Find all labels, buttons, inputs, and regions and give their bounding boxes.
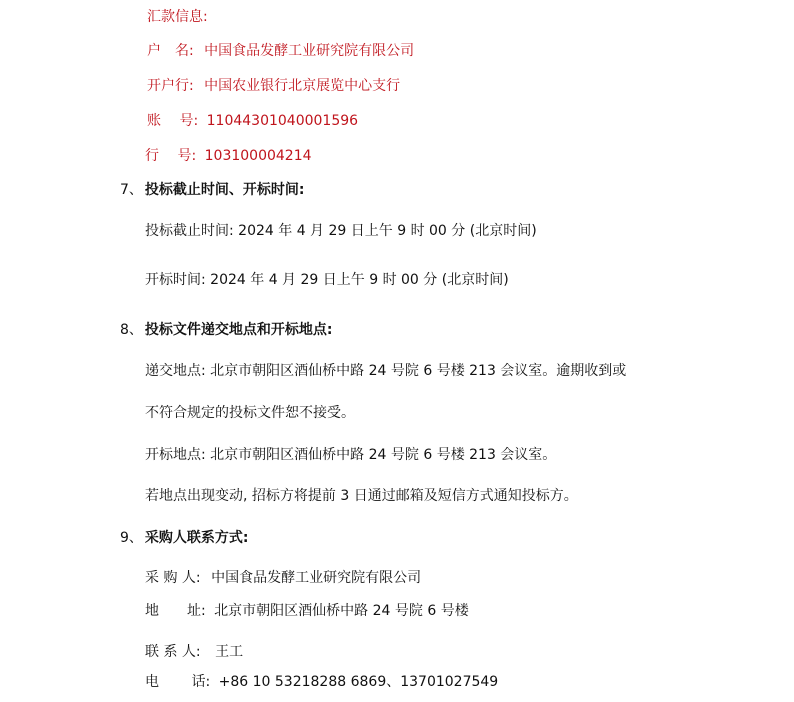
section-title: 采购人联系方式: <box>145 530 249 546</box>
section-8-heading: 8、投标文件递交地点和开标地点: <box>120 321 333 339</box>
address-label: 地 址: <box>145 603 206 619</box>
purchaser-label: 采 购 人: <box>145 570 201 586</box>
remittance-heading: 汇款信息: <box>147 8 208 26</box>
purchaser-row: 采 购 人: 中国食品发酵工业研究院有限公司 <box>145 569 421 587</box>
section-number: 9、 <box>120 530 143 546</box>
bank-label: 开户行: <box>147 78 194 94</box>
location-change-notice: 若地点出现变动, 招标方将提前 3 日通过邮箱及短信方式通知投标方。 <box>145 487 578 505</box>
phone-label: 电 话: <box>145 674 210 690</box>
bank-number-row: 行 号: 103100004214 <box>145 147 312 165</box>
bid-deadline-line: 投标截止时间: 2024 年 4 月 29 日上午 9 时 00 分 (北京时间… <box>145 222 537 240</box>
account-name-row: 户 名: 中国食品发酵工业研究院有限公司 <box>147 42 414 60</box>
section-number: 8、 <box>120 322 143 338</box>
section-title: 投标文件递交地点和开标地点: <box>145 322 333 338</box>
purchaser-value: 中国食品发酵工业研究院有限公司 <box>211 570 421 586</box>
bank-value: 中国农业银行北京展览中心支行 <box>204 78 400 94</box>
account-name-value: 中国食品发酵工业研究院有限公司 <box>204 43 414 59</box>
address-row: 地 址: 北京市朝阳区酒仙桥中路 24 号院 6 号楼 <box>145 602 469 620</box>
contact-person-row: 联 系 人: 王工 <box>145 643 243 661</box>
bank-number-label: 行 号: <box>145 148 196 164</box>
bank-row: 开户行: 中国农业银行北京展览中心支行 <box>147 77 400 95</box>
account-number-value: 11044301040001596 <box>207 113 358 129</box>
submission-location-continued: 不符合规定的投标文件恕不接受。 <box>145 404 355 422</box>
phone-value: +86 10 53218288 6869、13701027549 <box>219 674 499 690</box>
section-number: 7、 <box>120 182 143 198</box>
phone-row: 电 话: +86 10 53218288 6869、13701027549 <box>145 673 498 691</box>
account-number-row: 账 号: 11044301040001596 <box>147 112 358 130</box>
contact-person-label: 联 系 人: <box>145 644 201 660</box>
opening-location-line: 开标地点: 北京市朝阳区酒仙桥中路 24 号院 6 号楼 213 会议室。 <box>145 446 556 464</box>
bank-number-value: 103100004214 <box>205 148 312 164</box>
account-name-label: 户 名: <box>147 43 194 59</box>
section-9-heading: 9、采购人联系方式: <box>120 529 249 547</box>
account-number-label: 账 号: <box>147 113 198 129</box>
section-title: 投标截止时间、开标时间: <box>145 182 305 198</box>
address-value: 北京市朝阳区酒仙桥中路 24 号院 6 号楼 <box>214 603 469 619</box>
submission-location-line: 递交地点: 北京市朝阳区酒仙桥中路 24 号院 6 号楼 213 会议室。逾期收… <box>145 362 626 380</box>
bid-opening-time-line: 开标时间: 2024 年 4 月 29 日上午 9 时 00 分 (北京时间) <box>145 271 509 289</box>
contact-person-value: 王工 <box>215 644 243 660</box>
section-7-heading: 7、投标截止时间、开标时间: <box>120 181 305 199</box>
